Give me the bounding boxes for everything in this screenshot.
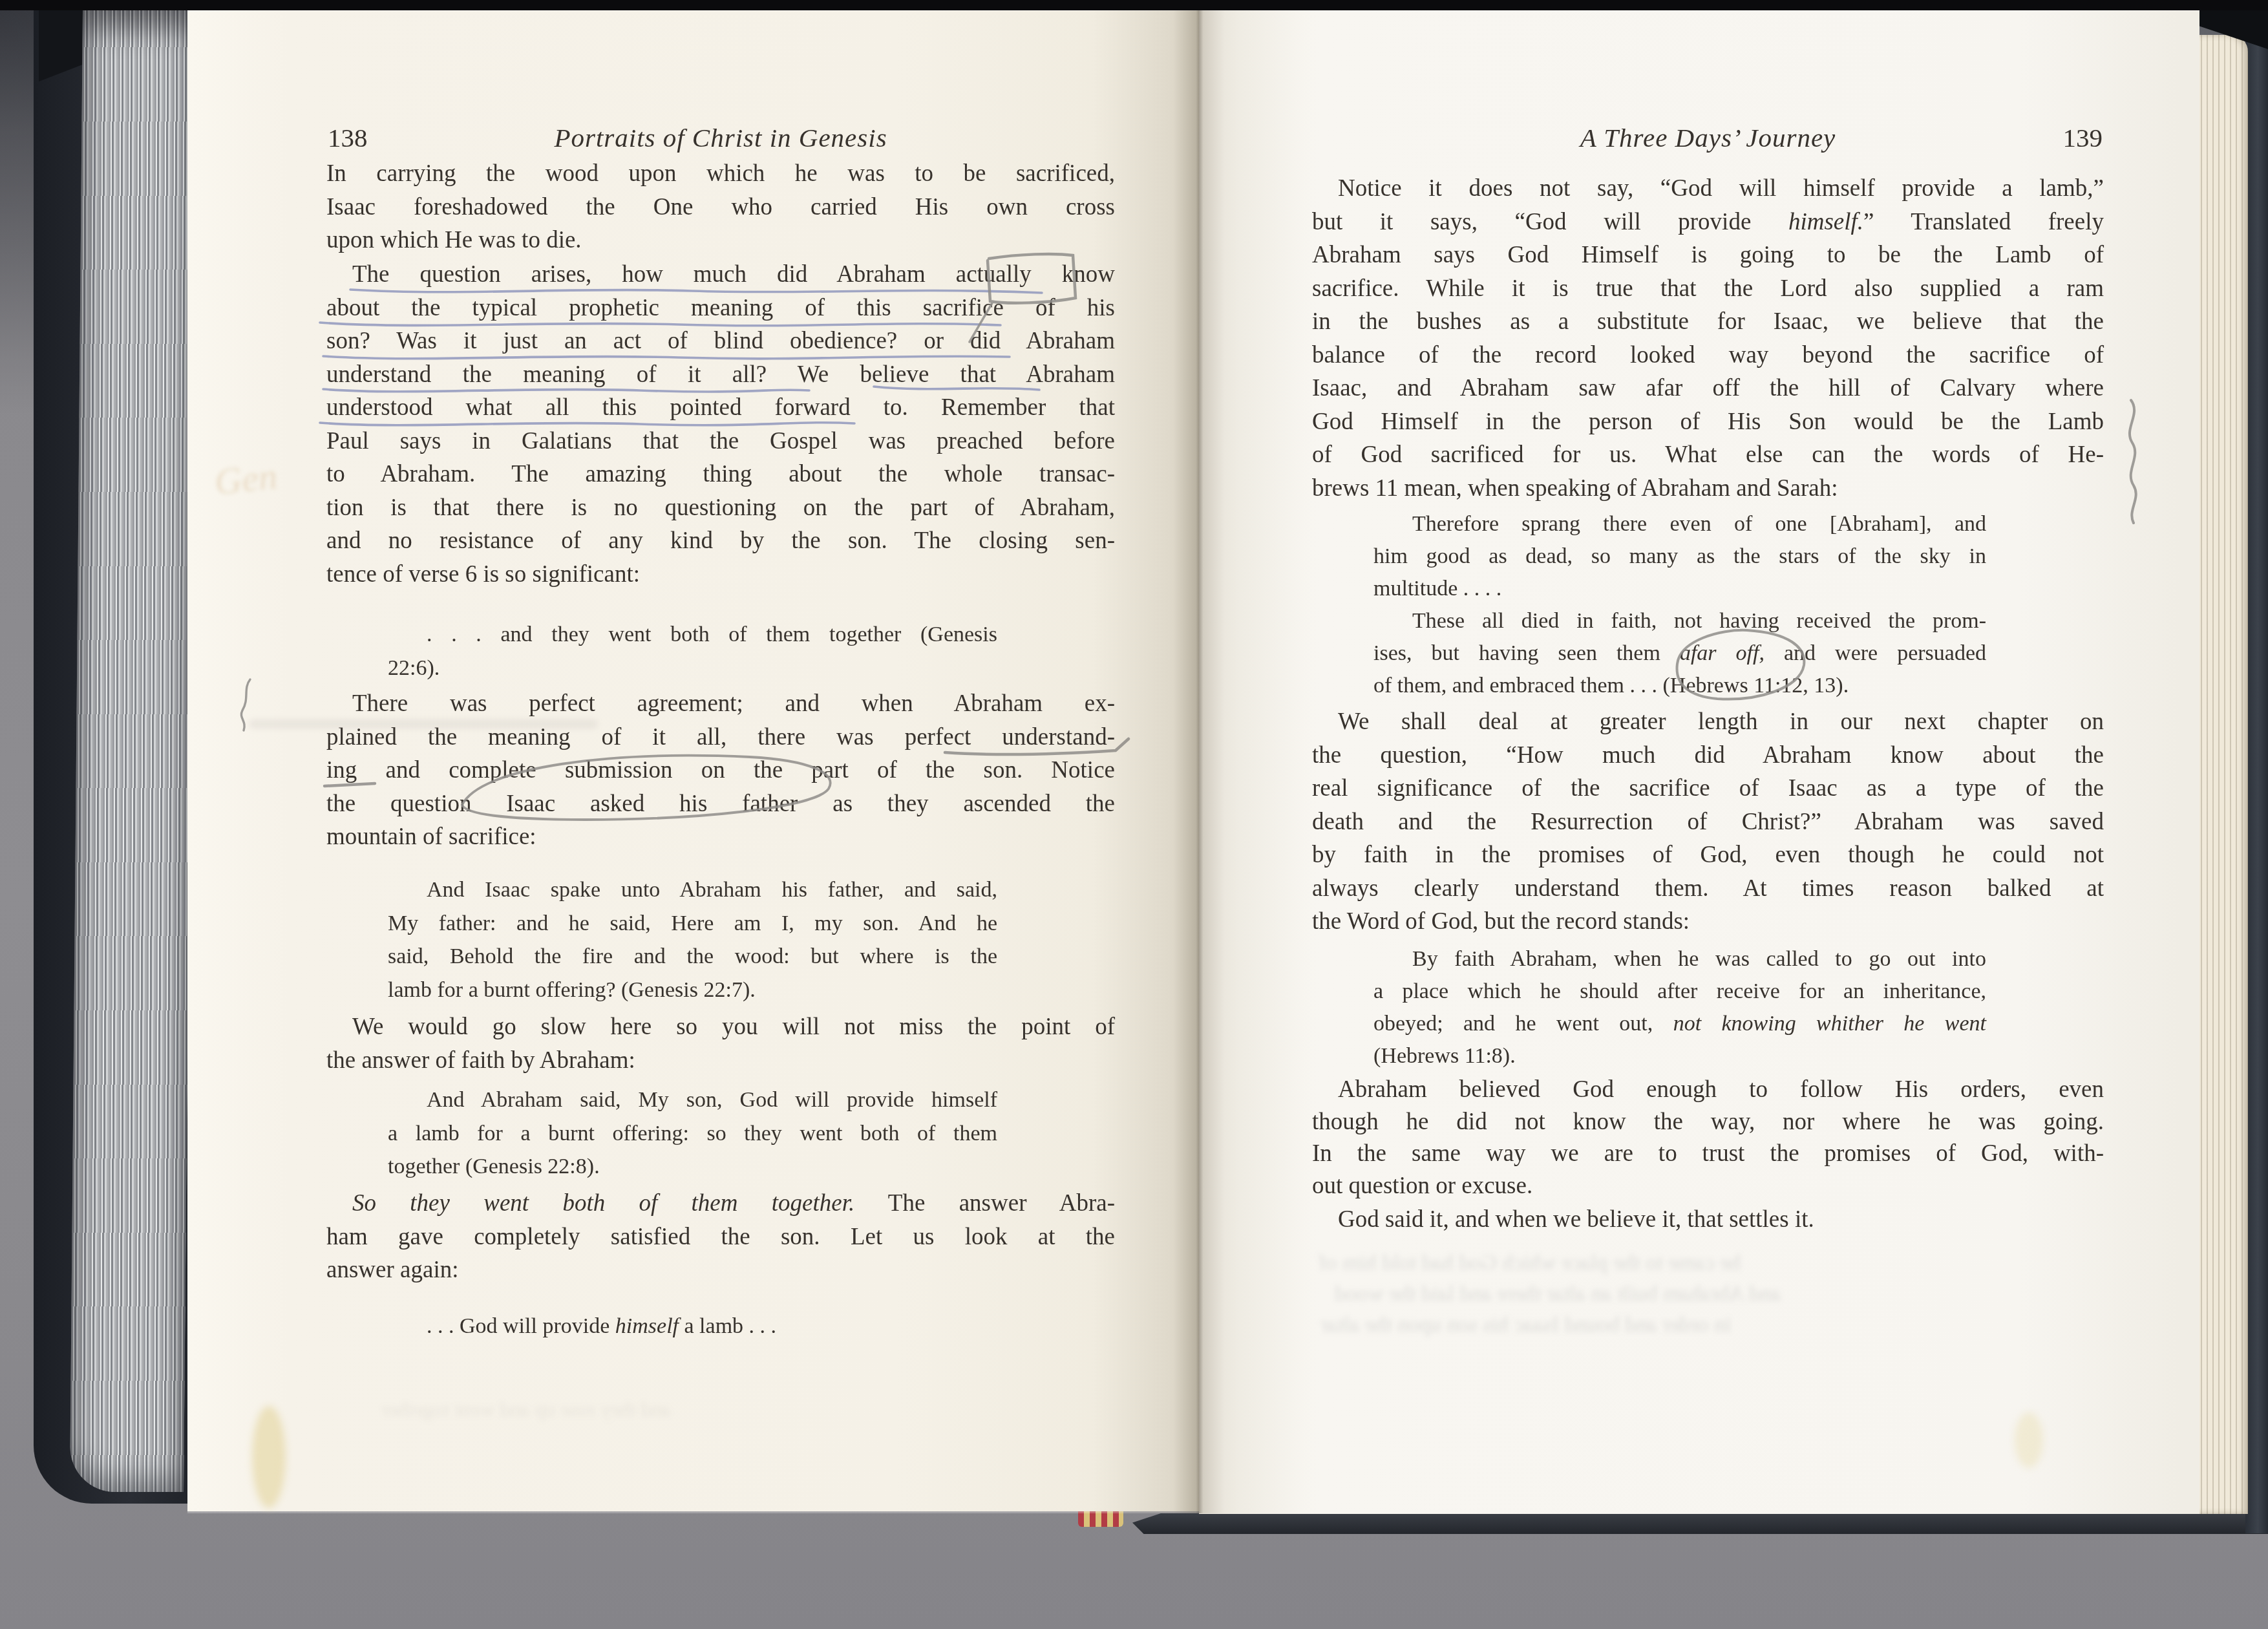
text-segment: about the typical prophetic meaning of t…	[326, 295, 1115, 321]
page-edges-left	[70, 10, 196, 1492]
text-line: obeyed; and he went out, not knowing whi…	[1373, 1008, 1986, 1040]
italic-text: not knowing whither he went	[1673, 1012, 1986, 1036]
text-segment: There was perfect agreement; and when Ab…	[352, 690, 1115, 717]
text-line: And Abraham said, My son, God will provi…	[388, 1083, 997, 1117]
text-line: Therefore sprang there even of one [Abra…	[1373, 508, 1986, 540]
text-segment: the Word of God, but the record stands:	[1312, 908, 1690, 935]
text-segment: obeyed; and he went out,	[1373, 1012, 1673, 1036]
book-page-left: 138 Portraits of Christ in Genesis In ca…	[187, 10, 1199, 1511]
text-segment: by faith in the promises of God, even th…	[1312, 842, 2104, 868]
text-line: ises, but having seen them afar off, and…	[1373, 637, 1986, 670]
text-line: but it says, “God will provide himself.”…	[1312, 206, 2104, 239]
text-line: out question or excuse.	[1312, 1170, 2104, 1202]
margin-ghost-writing: Gen	[213, 454, 279, 504]
paragraph: In carrying the wood upon which he was t…	[326, 157, 1115, 257]
text-line: Abraham says God Himself is going to be …	[1312, 239, 2104, 272]
text-segment: God Himself in the person of His Son wou…	[1312, 409, 2104, 435]
text-line: death and the Resurrection of Christ?” A…	[1312, 805, 2104, 839]
text-segment: In the same way we are to trust the prom…	[1312, 1140, 2104, 1167]
text-line: We shall deal at greater length in our n…	[1312, 705, 2104, 739]
text-line: a place which he should after receive fo…	[1373, 975, 1986, 1008]
text-segment: though he did not know the way, nor wher…	[1312, 1109, 2104, 1135]
text-segment: ” Translated freely	[1863, 209, 2104, 235]
text-segment: and were persuaded	[1765, 641, 1986, 665]
text-line: God Himself in the person of His Son wou…	[1312, 405, 2104, 439]
paragraph: We would go slow here so you will not mi…	[326, 1010, 1115, 1077]
text-segment: him good as dead, so many as the stars o…	[1373, 544, 1986, 568]
text-line: in the bushes as a substitute for Isaac,…	[1312, 305, 2104, 339]
text-line: Isaac, and Abraham saw afar off the hill…	[1312, 372, 2104, 405]
text-line: The question arises, how much did Abraha…	[326, 258, 1115, 292]
book-page-right: A Three Days’ Journey 139 Notice it does…	[1199, 10, 2199, 1514]
text-segment: The question arises, how much did Abraha…	[352, 261, 1115, 288]
text-segment: death and the Resurrection of Christ?” A…	[1312, 809, 2104, 835]
text-line: lamb for a burnt offering? (Genesis 22:7…	[388, 974, 997, 1007]
text-segment: tion is that there is no questioning on …	[326, 495, 1115, 521]
block-quote: And Abraham said, My son, God will provi…	[388, 1083, 997, 1184]
text-line: In the same way we are to trust the prom…	[1312, 1138, 2104, 1170]
block-quote: And Isaac spake unto Abraham his father,…	[388, 873, 997, 1006]
text-segment: And Isaac spake unto Abraham his father,…	[427, 878, 997, 902]
text-line: always clearly understand them. At times…	[1312, 872, 2104, 906]
text-line: These all died in faith, not having rece…	[1373, 605, 1986, 637]
paragraph: So they went both of them together. The …	[326, 1187, 1115, 1287]
paragraph: We shall deal at greater length in our n…	[1312, 705, 2104, 939]
text-segment: In carrying the wood upon which he was t…	[326, 160, 1115, 187]
text-line: Abraham believed God enough to follow Hi…	[1312, 1074, 2104, 1106]
text-segment: God said it, and when we believe it, tha…	[1338, 1206, 1814, 1233]
text-segment: lamb for a burnt offering? (Genesis 22:7…	[388, 978, 756, 1002]
text-segment: balance of the record looked way beyond …	[1312, 342, 2104, 368]
text-segment: and no resistance of any kind by the son…	[326, 527, 1115, 554]
text-segment: Paul says in Galatians that the Gospel w…	[326, 428, 1115, 454]
text-segment: 22:6).	[388, 656, 440, 680]
text-line: upon which He was to die.	[326, 224, 1115, 257]
text-segment: a place which he should after receive fo…	[1373, 979, 1986, 1003]
text-segment: ham gave completely satisfied the son. L…	[326, 1224, 1115, 1250]
text-line: And Isaac spake unto Abraham his father,…	[388, 873, 997, 907]
text-line: understand the meaning of it all? We bel…	[326, 358, 1115, 392]
text-line: My father: and he said, Here am I, my so…	[388, 907, 997, 941]
text-segment: upon which He was to die.	[326, 227, 582, 253]
text-segment: brews 11 mean, when speaking of Abraham …	[1312, 475, 1838, 502]
text-segment: understand the meaning of it all? We bel…	[326, 361, 1115, 388]
page-edges-right	[2195, 35, 2248, 1514]
text-segment: ing and complete submission on the part …	[326, 757, 1115, 783]
text-line: tence of verse 6 is so significant:	[326, 558, 1115, 591]
text-line: the Word of God, but the record stands:	[1312, 905, 2104, 939]
text-line: We would go slow here so you will not mi…	[326, 1010, 1115, 1044]
bleedthrough-text: and Abraham built an altar there and lai…	[1335, 1282, 1781, 1306]
text-segment: son? Was it just an act of blind obedien…	[326, 328, 1115, 354]
bleedthrough-text: he came to the place which God had told …	[1319, 1251, 1741, 1275]
text-line: to Abraham. The amazing thing about the …	[326, 458, 1115, 491]
block-quote: By faith Abraham, when he was called to …	[1373, 943, 1986, 1072]
text-segment: The answer Abra-	[854, 1190, 1115, 1217]
text-line: a lamb for a burnt offering: so they wen…	[388, 1117, 997, 1151]
text-segment: Therefore sprang there even of one [Abra…	[1412, 512, 1986, 536]
text-segment: of God sacrificed for us. What else can …	[1312, 442, 2104, 468]
text-line: By faith Abraham, when he was called to …	[1373, 943, 1986, 975]
italic-text: himself	[615, 1314, 679, 1338]
text-segment: the question, “How much did Abraham know…	[1312, 742, 2104, 769]
text-line: mountain of sacrifice:	[326, 820, 1115, 854]
book-cover-right	[2245, 10, 2268, 1533]
text-line: understood what all this pointed forward…	[326, 391, 1115, 425]
text-segment: always clearly understand them. At times…	[1312, 875, 2104, 902]
text-segment: Notice it does not say, “God will himsel…	[1338, 175, 2104, 202]
bleedthrough-text: and they rose up and went together	[381, 1398, 671, 1421]
paragraph: God said it, and when we believe it, tha…	[1312, 1203, 2104, 1237]
paragraph: There was perfect agreement; and when Ab…	[326, 687, 1115, 854]
text-segment: real significance of the sacrifice of Is…	[1312, 775, 2104, 802]
text-segment: understood what all this pointed forward…	[326, 394, 1115, 421]
text-line: (Hebrews 11:8).	[1373, 1040, 1986, 1072]
block-quote: . . . and they went both of them togethe…	[388, 618, 997, 685]
text-segment: tence of verse 6 is so significant:	[326, 561, 640, 588]
text-line: So they went both of them together. The …	[326, 1187, 1115, 1220]
text-segment: mountain of sacrifice:	[326, 824, 536, 850]
text-segment: . . . God will provide	[427, 1314, 615, 1338]
text-column-left: In carrying the wood upon which he was t…	[187, 11, 1199, 1511]
italic-text: himself.	[1788, 209, 1863, 235]
text-segment: We shall deal at greater length in our n…	[1338, 708, 2104, 735]
text-line: though he did not know the way, nor wher…	[1312, 1106, 2104, 1138]
text-segment: said, Behold the fire and the wood: but …	[388, 944, 997, 968]
block-quote: Therefore sprang there even of one [Abra…	[1373, 508, 1986, 702]
text-line: and no resistance of any kind by the son…	[326, 524, 1115, 558]
bleedthrough-text: in order and bound Isaac his son upon th…	[1320, 1313, 1731, 1337]
text-segment: but it says, “God will provide	[1312, 209, 1788, 235]
text-segment: together (Genesis 22:8).	[388, 1155, 600, 1178]
book-cover-bottom	[1132, 1513, 2268, 1534]
text-segment: And Abraham said, My son, God will provi…	[427, 1088, 997, 1112]
text-segment: (Hebrews 11:8).	[1373, 1044, 1516, 1068]
text-segment: Isaac foreshadowed the One who carried H…	[326, 194, 1115, 220]
text-line: Notice it does not say, “God will himsel…	[1312, 172, 2104, 206]
text-line: him good as dead, so many as the stars o…	[1373, 540, 1986, 573]
text-line: son? Was it just an act of blind obedien…	[326, 325, 1115, 358]
text-segment: the answer of faith by Abraham:	[326, 1047, 635, 1074]
text-line: sacrifice. While it is true that the Lor…	[1312, 272, 2104, 306]
text-segment: to Abraham. The amazing thing about the …	[326, 461, 1115, 487]
text-line: tion is that there is no questioning on …	[326, 491, 1115, 525]
text-segment: out question or excuse.	[1312, 1173, 1532, 1199]
text-line: 22:6).	[388, 652, 997, 685]
text-segment: These all died in faith, not having rece…	[1412, 609, 1986, 633]
text-line: real significance of the sacrifice of Is…	[1312, 772, 2104, 805]
paragraph: The question arises, how much did Abraha…	[326, 258, 1115, 591]
text-segment: Abraham says God Himself is going to be …	[1312, 242, 2104, 268]
text-segment: Abraham believed God enough to follow Hi…	[1338, 1076, 2104, 1103]
text-line: the question, “How much did Abraham know…	[1312, 739, 2104, 772]
erased-pencil-smudge	[249, 719, 598, 729]
text-line: the question Isaac asked his father as t…	[326, 787, 1115, 821]
text-segment: a lamb for a burnt offering: so they wen…	[388, 1122, 997, 1145]
italic-text: So they went both of them together.	[352, 1190, 854, 1217]
block-quote: . . . God will provide himself a lamb . …	[388, 1310, 997, 1343]
text-line: ham gave completely satisfied the son. L…	[326, 1220, 1115, 1254]
text-line: about the typical prophetic meaning of t…	[326, 292, 1115, 325]
text-line: In carrying the wood upon which he was t…	[326, 157, 1115, 191]
text-segment: sacrifice. While it is true that the Lor…	[1312, 275, 2104, 302]
text-line: There was perfect agreement; and when Ab…	[326, 687, 1115, 721]
paragraph: Abraham believed God enough to follow Hi…	[1312, 1074, 2104, 1202]
scan-top-border	[0, 0, 2268, 10]
text-line: of God sacrificed for us. What else can …	[1312, 438, 2104, 472]
paragraph: Notice it does not say, “God will himsel…	[1312, 172, 2104, 505]
text-line: by faith in the promises of God, even th…	[1312, 838, 2104, 872]
text-segment: We would go slow here so you will not mi…	[352, 1014, 1115, 1040]
text-line: the answer of faith by Abraham:	[326, 1044, 1115, 1078]
text-line: Paul says in Galatians that the Gospel w…	[326, 425, 1115, 458]
text-line: brews 11 mean, when speaking of Abraham …	[1312, 472, 2104, 506]
text-line: God said it, and when we believe it, tha…	[1312, 1203, 2104, 1237]
page-stain	[252, 1406, 286, 1508]
text-segment: ises, but having seen them	[1373, 641, 1680, 665]
text-line: said, Behold the fire and the wood: but …	[388, 940, 997, 974]
text-segment: By faith Abraham, when he was called to …	[1412, 947, 1986, 971]
text-line: answer again:	[326, 1253, 1115, 1287]
text-segment: a lamb . . .	[679, 1314, 776, 1338]
text-segment: answer again:	[326, 1257, 458, 1283]
text-segment: in the bushes as a substitute for Isaac,…	[1312, 308, 2104, 335]
page-stain	[2015, 1412, 2043, 1468]
text-line: multitude . . . .	[1373, 573, 1986, 605]
text-segment: of them, and embraced them . . . (Hebrew…	[1373, 674, 1849, 697]
text-line: together (Genesis 22:8).	[388, 1150, 997, 1184]
text-line: ing and complete submission on the part …	[326, 754, 1115, 787]
text-segment: My father: and he said, Here am I, my so…	[388, 911, 997, 935]
text-line: Isaac foreshadowed the One who carried H…	[326, 191, 1115, 224]
italic-text: afar off,	[1680, 641, 1765, 665]
text-segment: the question Isaac asked his father as t…	[326, 791, 1115, 817]
text-segment: multitude . . . .	[1373, 577, 1501, 601]
text-segment: Isaac, and Abraham saw afar off the hill…	[1312, 375, 2104, 401]
text-segment: . . . and they went both of them togethe…	[427, 623, 997, 646]
text-line: of them, and embraced them . . . (Hebrew…	[1373, 670, 1986, 702]
text-line: . . . God will provide himself a lamb . …	[388, 1310, 997, 1343]
scanner-background: 138 Portraits of Christ in Genesis In ca…	[0, 0, 2268, 1629]
text-line: . . . and they went both of them togethe…	[388, 618, 997, 652]
text-line: balance of the record looked way beyond …	[1312, 339, 2104, 372]
